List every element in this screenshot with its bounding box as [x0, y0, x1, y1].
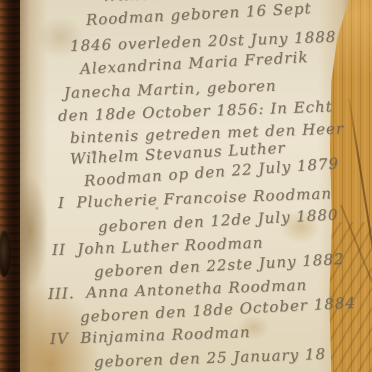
handwritten-line: geboren den 25 January 18	[94, 344, 327, 372]
photo-of-register-page: Wilhelm Stevanus Luther Roodman geboren …	[0, 0, 372, 372]
handwriting-layer: Wilhelm Stevanus Luther Roodman geboren …	[0, 0, 372, 372]
